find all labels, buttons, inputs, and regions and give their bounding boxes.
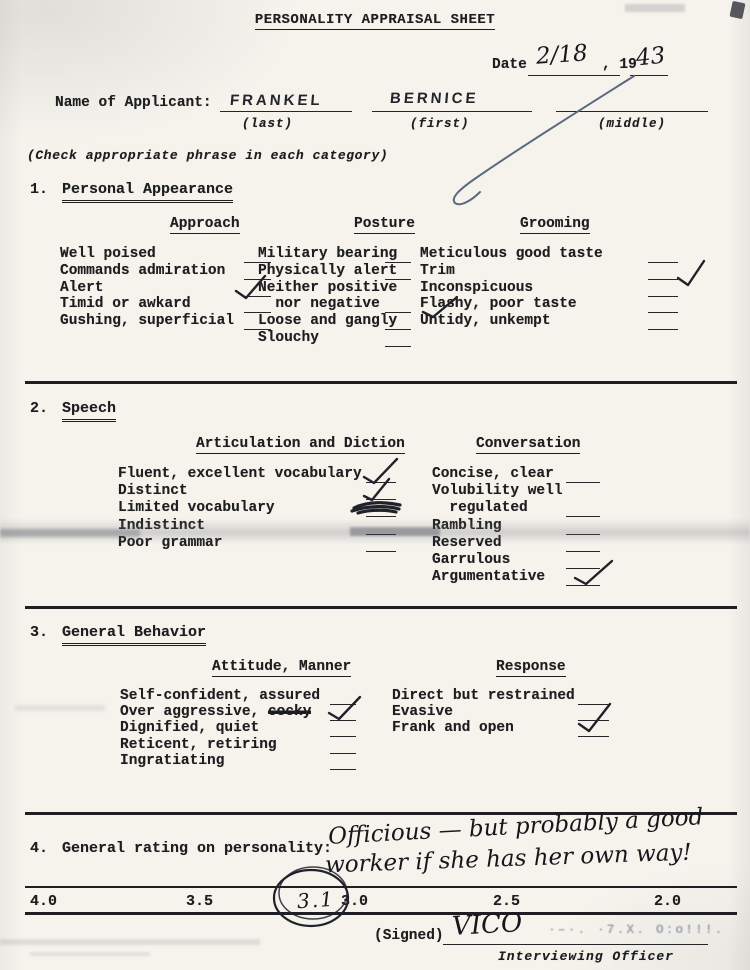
col-header-articulation: Articulation and Diction — [196, 436, 405, 453]
item-regulated: regulated — [432, 500, 528, 517]
item-garrulous: Garrulous — [432, 552, 510, 569]
answer-line — [366, 485, 396, 500]
section2-heading: Speech — [62, 400, 116, 417]
scale-2-0: 2.0 — [654, 893, 681, 910]
item-nor-negative: nor negative — [258, 296, 380, 313]
answer-line — [578, 690, 609, 705]
section2-number: 2. — [30, 400, 48, 417]
instruction-text: (Check appropriate phrase in each catego… — [27, 147, 388, 164]
answer-line — [648, 298, 678, 313]
item-trim: Trim — [420, 263, 455, 280]
page-title: PERSONALITY APPRAISAL SHEET — [0, 12, 750, 29]
answer-line — [385, 315, 411, 330]
answer-line — [566, 554, 600, 569]
struck-word-cocky: cocky — [268, 704, 312, 720]
answer-line — [330, 722, 356, 737]
answer-line — [566, 520, 600, 535]
page-title-text: PERSONALITY APPRAISAL SHEET — [255, 12, 495, 30]
item-inconspicuous: Inconspicuous — [420, 280, 533, 297]
scan-smudge — [30, 952, 150, 956]
item-loose-gangly: Loose and gangly — [258, 313, 397, 330]
item-argumentative: Argumentative — [432, 569, 545, 586]
item-gushing: Gushing, superficial — [60, 313, 234, 330]
answer-line — [330, 739, 356, 754]
answer-line — [648, 315, 678, 330]
answer-line — [385, 248, 411, 263]
scale-4-0: 4.0 — [30, 893, 57, 910]
answer-line — [566, 468, 600, 483]
item-alert: Alert — [60, 280, 104, 297]
item-rambling: Rambling — [432, 518, 502, 535]
item-flashy: Flashy, poor taste — [420, 296, 577, 313]
answer-line — [566, 502, 600, 517]
scale-rule-top — [25, 886, 737, 888]
signature-handwritten: VICO — [451, 908, 523, 942]
col-header-conversation: Conversation — [476, 436, 580, 453]
caption-middle: (middle) — [598, 116, 666, 133]
item-frank-open: Frank and open — [392, 720, 514, 737]
item-fluent: Fluent, excellent vocabulary — [118, 466, 362, 483]
item-distinct: Distinct — [118, 483, 188, 500]
faded-stamp-text: ·–·. ·7.X. O:o!!!. — [548, 922, 724, 937]
item-neither-positive: Neither positive — [258, 280, 397, 297]
year-value-handwritten: 43 — [635, 43, 667, 72]
item-timid-awkard: Timid or awkard — [60, 296, 191, 313]
middle-name-line — [556, 97, 708, 112]
answer-line — [648, 265, 678, 280]
answer-line — [385, 332, 411, 347]
scanned-form-page: PERSONALITY APPRAISAL SHEET Date 2/18 , … — [0, 0, 750, 970]
answer-line — [366, 520, 396, 535]
col-header-attitude: Attitude, Manner — [212, 659, 351, 676]
answer-line — [366, 468, 396, 483]
scale-3-0: 3.0 — [341, 893, 368, 910]
item-over-aggressive: Over aggressive, cocky — [120, 704, 311, 721]
section-divider — [25, 381, 737, 384]
first-name-handwritten: BERNICE — [389, 90, 479, 107]
item-commands-admiration: Commands admiration — [60, 263, 225, 280]
answer-line — [578, 706, 609, 721]
section4-number: 4. — [30, 840, 48, 857]
item-ingratiating: Ingratiating — [120, 753, 224, 770]
answer-line — [330, 690, 356, 705]
answer-line — [648, 248, 678, 263]
item-indistinct: Indistinct — [118, 518, 205, 535]
col-header-approach: Approach — [170, 216, 240, 233]
item-poor-grammar: Poor grammar — [118, 535, 222, 552]
officer-title: Interviewing Officer — [498, 948, 674, 965]
item-reserved: Reserved — [432, 535, 502, 552]
scan-smudge — [0, 939, 260, 945]
caption-first: (first) — [410, 116, 470, 133]
item-limited-vocabulary: Limited vocabulary — [118, 500, 275, 517]
col-header-posture: Posture — [354, 216, 415, 233]
answer-line — [648, 282, 678, 297]
item-evasive: Evasive — [392, 704, 453, 721]
section3-number: 3. — [30, 624, 48, 641]
item-well-poised: Well poised — [60, 246, 156, 263]
answer-line — [578, 722, 609, 737]
section1-number: 1. — [30, 181, 48, 198]
scan-smudge — [625, 4, 685, 12]
date-value-handwritten: 2/18 — [535, 40, 588, 70]
item-slouchy: Slouchy — [258, 330, 319, 347]
answer-line — [566, 571, 600, 586]
section3-heading: General Behavior — [62, 624, 206, 641]
answer-line — [385, 298, 411, 313]
scale-rule-bottom — [25, 912, 737, 915]
section1-heading: Personal Appearance — [62, 181, 233, 198]
last-name-handwritten: FRANKEL — [229, 92, 323, 109]
section-divider — [25, 606, 737, 609]
answer-line — [566, 537, 600, 552]
answer-line — [330, 706, 356, 721]
applicant-label: Name of Applicant: — [55, 95, 212, 112]
checkmark-trim — [678, 261, 704, 285]
answer-line — [366, 537, 396, 552]
item-military-bearing: Military bearing — [258, 246, 397, 263]
answer-line — [385, 265, 411, 280]
item-dignified: Dignified, quiet — [120, 720, 259, 737]
caption-last: (last) — [242, 116, 293, 133]
col-header-response: Response — [496, 659, 566, 676]
scale-3-5: 3.5 — [186, 893, 213, 910]
item-physically-alert: Physically alert — [258, 263, 397, 280]
item-self-confident: Self-confident, assured — [120, 688, 320, 705]
scan-smudge — [15, 705, 105, 711]
answer-line — [366, 502, 396, 517]
date-label: Date — [492, 57, 527, 74]
col-header-grooming: Grooming — [520, 216, 590, 233]
item-volubility: Volubility well — [432, 483, 563, 500]
item-reticent: Reticent, retiring — [120, 737, 277, 754]
item-direct-restrained: Direct but restrained — [392, 688, 575, 705]
answer-line — [330, 755, 356, 770]
circled-rating-handwritten: 3.1 — [296, 887, 335, 914]
item-untidy: Untidy, unkempt — [420, 313, 551, 330]
section4-label: General rating on personality: — [62, 840, 332, 857]
diagonal-pen-stroke — [454, 76, 634, 204]
item-meticulous: Meticulous good taste — [420, 246, 603, 263]
item-concise-clear: Concise, clear — [432, 466, 554, 483]
signed-label: (Signed) — [374, 928, 444, 945]
